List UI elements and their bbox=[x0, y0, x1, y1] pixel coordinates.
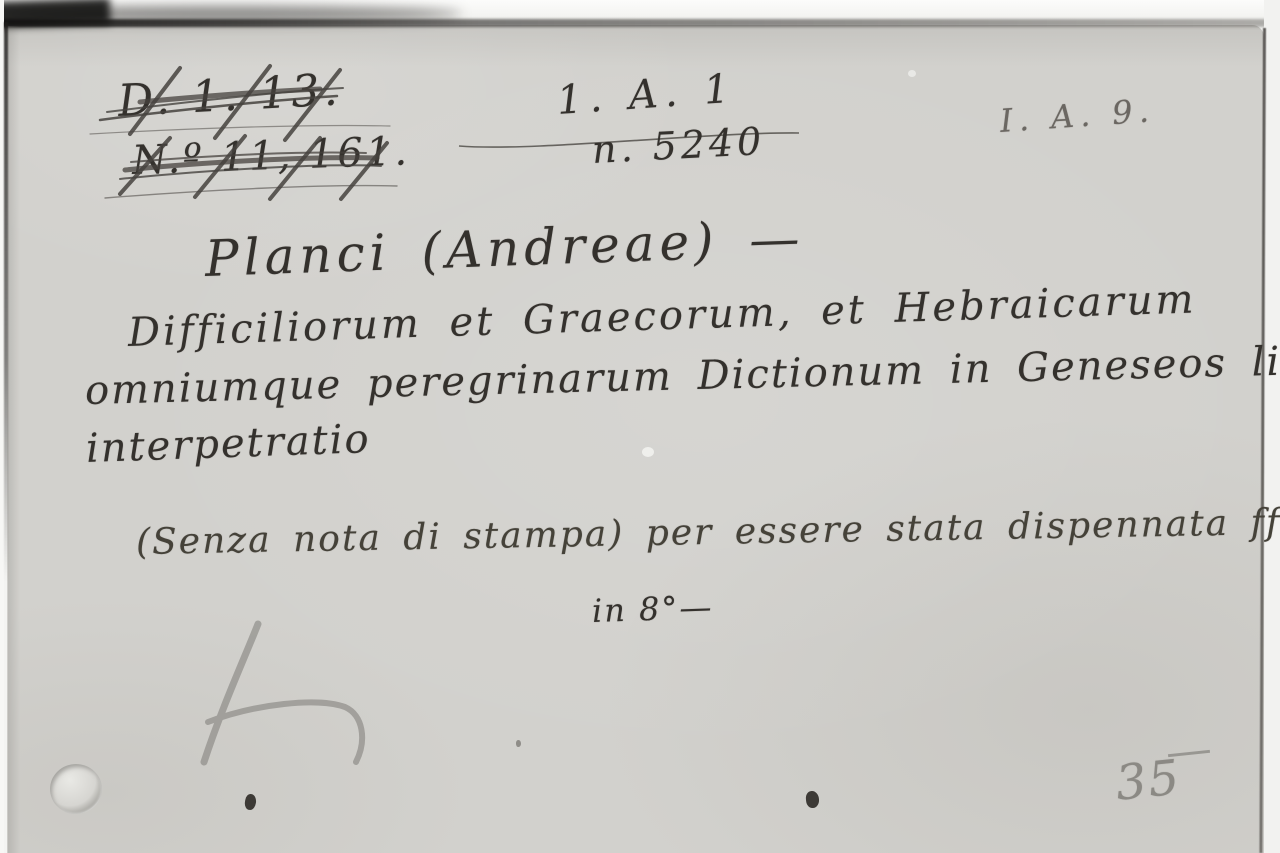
format-statement: in 8°— bbox=[591, 588, 714, 630]
paper-fleck bbox=[908, 70, 916, 77]
page-number: 35 bbox=[1113, 749, 1184, 811]
card-top-edge bbox=[0, 19, 1266, 27]
scanned-catalog-card: D. 1. 13. N.º 11, 161. 1. A. 1 n. 5240 I… bbox=[0, 0, 1280, 853]
shelfmark-center-line2: n. 5240 bbox=[591, 119, 766, 172]
strikethrough-marks bbox=[85, 58, 425, 208]
paper-fleck bbox=[642, 447, 654, 457]
punch-hole bbox=[50, 764, 102, 814]
scanner-right-band bbox=[1264, 0, 1280, 853]
paper-speck bbox=[516, 740, 521, 747]
pencil-squiggle bbox=[190, 612, 400, 777]
card-left-edge-shade bbox=[8, 26, 20, 853]
